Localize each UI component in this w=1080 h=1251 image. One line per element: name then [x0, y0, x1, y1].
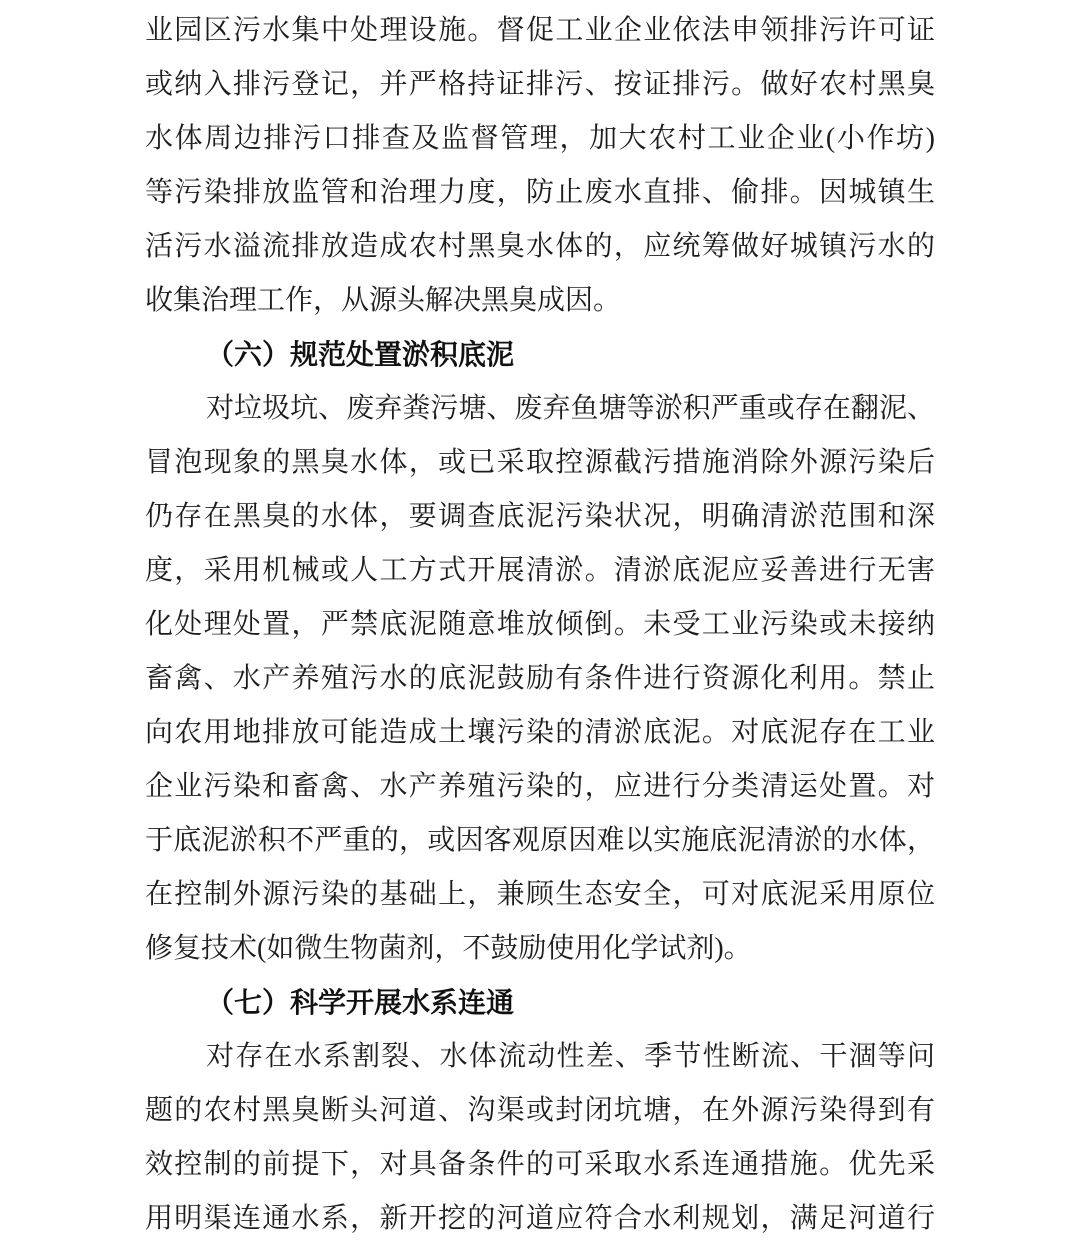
text-line: 向农用地排放可能造成土壤污染的清淤底泥。对底泥存在工业 — [145, 706, 935, 760]
document-page: 业园区污水集中处理设施。督促工业企业依法申领排污许可证或纳入排污登记，并严格持证… — [0, 0, 1080, 1251]
text-line: 在控制外源污染的基础上，兼顾生态安全，可对底泥采用原位 — [145, 868, 935, 922]
text-line: 效控制的前提下，对具备条件的可采取水系连通措施。优先采 — [145, 1138, 935, 1192]
section-heading: （六）规范处置淤积底泥 — [145, 328, 935, 382]
text-line: 水体周边排污口排查及监督管理，加大农村工业企业(小作坊) — [145, 112, 935, 166]
text-line: 题的农村黑臭断头河道、沟渠或封闭坑塘，在外源污染得到有 — [145, 1084, 935, 1138]
text-line: 收集治理工作，从源头解决黑臭成因。 — [145, 274, 935, 328]
text-line: 业园区污水集中处理设施。督促工业企业依法申领排污许可证 — [145, 4, 935, 58]
text-line: 冒泡现象的黑臭水体，或已采取控源截污措施消除外源污染后 — [145, 436, 935, 490]
text-line: 化处理处置，严禁底泥随意堆放倾倒。未受工业污染或未接纳 — [145, 598, 935, 652]
section-heading: （七）科学开展水系连通 — [145, 976, 935, 1030]
text-line: 活污水溢流排放造成农村黑臭水体的，应统筹做好城镇污水的 — [145, 220, 935, 274]
text-line: 企业污染和畜禽、水产养殖污染的，应进行分类清运处置。对 — [145, 760, 935, 814]
text-line: 等污染排放监管和治理力度，防止废水直排、偷排。因城镇生 — [145, 166, 935, 220]
text-line: 对垃圾坑、废弃粪污塘、废弃鱼塘等淤积严重或存在翻泥、 — [145, 382, 935, 436]
text-line: 仍存在黑臭的水体，要调查底泥污染状况，明确清淤范围和深 — [145, 490, 935, 544]
text-line: 修复技术(如微生物菌剂，不鼓励使用化学试剂)。 — [145, 922, 935, 976]
text-line: 用明渠连通水系，新开挖的河道应符合水利规划，满足河道行 — [145, 1192, 935, 1246]
text-column: 业园区污水集中处理设施。督促工业企业依法申领排污许可证或纳入排污登记，并严格持证… — [145, 4, 935, 1246]
text-line: 对存在水系割裂、水体流动性差、季节性断流、干涸等问 — [145, 1030, 935, 1084]
text-line: 于底泥淤积不严重的，或因客观原因难以实施底泥清淤的水体， — [145, 814, 935, 868]
text-line: 度，采用机械或人工方式开展清淤。清淤底泥应妥善进行无害 — [145, 544, 935, 598]
text-line: 或纳入排污登记，并严格持证排污、按证排污。做好农村黑臭 — [145, 58, 935, 112]
text-line: 畜禽、水产养殖污水的底泥鼓励有条件进行资源化利用。禁止 — [145, 652, 935, 706]
